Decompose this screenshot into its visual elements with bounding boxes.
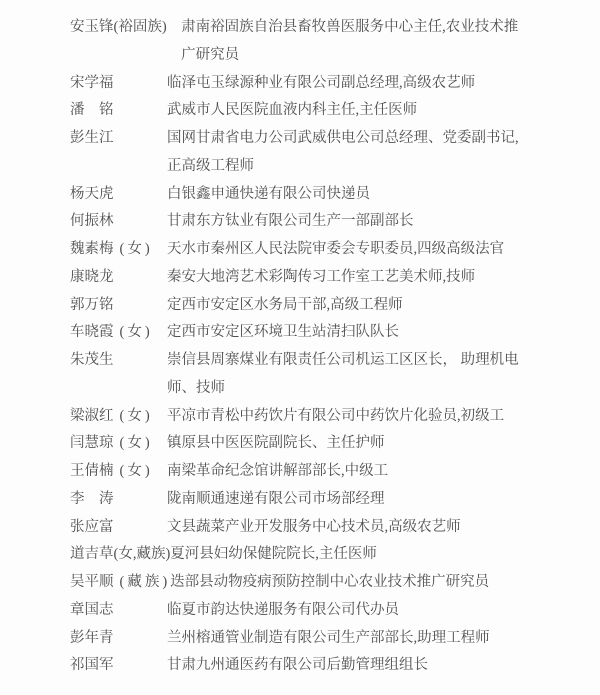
person-name: 魏素梅 [70,241,114,257]
person-name: 彭年青 [70,630,114,646]
person-title: 陇南顺通速递有限公司市场部经理 [167,486,529,514]
name-cell: 彭年青 [70,625,167,653]
person-gender-ethnic-marker: (女) [120,435,153,451]
person-name: 潘 铭 [70,102,114,118]
person-gender-ethnic-marker: (藏族) [120,574,171,590]
name-cell: 道吉草(女,藏族) [70,541,170,569]
person-name: 章国志 [70,602,114,618]
honoree-row: 闫慧琼(女) 镇原县中医医院副院长、主任护师 [70,430,529,458]
person-title: 南梁革命纪念馆讲解部部长,中级工 [167,458,529,486]
honoree-row: 道吉草(女,藏族) 夏河县妇幼保健院院长,主任医师 [70,541,529,569]
person-title: 镇原县中医医院副院长、主任护师 [167,430,529,458]
honoree-row: 潘 铭 武威市人民医院血液内科主任,主任医师 [70,97,529,125]
honoree-row: 彭生江 国网甘肃省电力公司武威供电公司总经理、党委副书记,正高级工程师 [70,125,529,181]
person-title: 兰州榕通管业制造有限公司生产部部长,助理工程师 [167,625,529,653]
person-title: 天水市秦州区人民法院审委会专职委员,四级高级法官 [167,236,529,264]
person-gender-ethnic-marker: (女) [120,463,153,479]
person-title: 甘肃九州通医药有限公司后勤管理组组长 [167,652,529,680]
person-title: 白银鑫申通快递有限公司快递员 [167,181,529,209]
person-title: 武威市人民医院血液内科主任,主任医师 [167,97,529,125]
name-cell: 梁淑红(女) [70,403,167,431]
person-title: 临泽屯玉绿源种业有限公司副总经理,高级农艺师 [167,70,529,98]
name-cell: 康晓龙 [70,264,167,292]
person-gender-ethnic-marker: (女) [120,241,153,257]
name-cell: 祁国军 [70,652,167,680]
person-name: 梁淑红 [70,408,114,424]
person-name: 彭生江 [70,130,114,146]
person-title: 定西市安定区水务局干部,高级工程师 [167,292,529,320]
honoree-row: 何振林 甘肃东方钛业有限公司生产一部副部长 [70,208,529,236]
person-name: 李 涛 [70,491,114,507]
person-title: 文县蔬菜产业开发服务中心技术员,高级农艺师 [167,514,529,542]
person-title: 临夏市韵达快递服务有限公司代办员 [167,597,529,625]
name-cell: 宋学福 [70,70,167,98]
honoree-row: 魏素梅(女) 天水市秦州区人民法院审委会专职委员,四级高级法官 [70,236,529,264]
honoree-row: 朱茂生 崇信县周寨煤业有限责任公司机运工区区长， 助理机电师、技师 [70,347,529,403]
name-cell: 吴平顺(藏族) [70,569,170,597]
person-title: 国网甘肃省电力公司武威供电公司总经理、党委副书记,正高级工程师 [167,125,529,181]
honoree-row: 宋学福 临泽屯玉绿源种业有限公司副总经理,高级农艺师 [70,70,529,98]
person-title: 定西市安定区环境卫生站清扫队队长 [167,319,529,347]
person-title: 秦安大地湾艺术彩陶传习工作室工艺美术师,技师 [167,264,529,292]
honoree-row: 李 涛 陇南顺通速递有限公司市场部经理 [70,486,529,514]
honoree-row: 彭年青 兰州榕通管业制造有限公司生产部部长,助理工程师 [70,625,529,653]
name-cell: 何振林 [70,208,167,236]
person-name: 朱茂生 [70,352,114,368]
person-name: 道吉草(女,藏族) [70,546,170,562]
honoree-row: 郭万铭 定西市安定区水务局干部,高级工程师 [70,292,529,320]
name-cell: 李 涛 [70,486,167,514]
person-title: 肃南裕固族自治县畜牧兽医服务中心主任,农业技术推广研究员 [181,14,529,70]
name-cell: 张应富 [70,514,167,542]
name-cell: 彭生江 [70,125,167,153]
name-cell: 闫慧琼(女) [70,430,167,458]
person-title: 夏河县妇幼保健院院长,主任医师 [170,541,529,569]
person-gender-ethnic-marker: (女) [120,408,153,424]
honoree-row: 车晓霞(女) 定西市安定区环境卫生站清扫队队长 [70,319,529,347]
person-name: 安玉锋(裕固族) [70,19,181,35]
name-cell: 杨天虎 [70,181,167,209]
name-cell: 朱茂生 [70,347,167,375]
person-title: 甘肃东方钛业有限公司生产一部副部长 [167,208,529,236]
name-cell: 郭万铭 [70,292,167,320]
name-cell: 车晓霞(女) [70,319,167,347]
person-name: 郭万铭 [70,297,114,313]
person-name: 吴平顺 [70,574,114,590]
person-title: 崇信县周寨煤业有限责任公司机运工区区长， 助理机电师、技师 [167,347,529,403]
honoree-row: 祁国军 甘肃九州通医药有限公司后勤管理组组长 [70,652,529,680]
person-title: 迭部县动物疫病预防控制中心农业技术推广研究员 [170,569,529,597]
honoree-list: 安玉锋(裕固族) 肃南裕固族自治县畜牧兽医服务中心主任,农业技术推广研究员 宋学… [70,14,529,680]
honoree-row: 梁淑红(女) 平凉市青松中药饮片有限公司中药饮片化验员,初级工 [70,403,529,431]
name-cell: 王倩楠(女) [70,458,167,486]
honoree-row: 杨天虎 白银鑫申通快递有限公司快递员 [70,181,529,209]
person-name: 宋学福 [70,75,114,91]
person-name: 张应富 [70,519,114,535]
honoree-row: 王倩楠(女) 南梁革命纪念馆讲解部部长,中级工 [70,458,529,486]
name-cell: 魏素梅(女) [70,236,167,264]
honoree-row: 章国志 临夏市韵达快递服务有限公司代办员 [70,597,529,625]
person-name: 何振林 [70,213,114,229]
document-page: 安玉锋(裕固族) 肃南裕固族自治县畜牧兽医服务中心主任,农业技术推广研究员 宋学… [0,0,600,695]
person-name: 车晓霞 [70,324,114,340]
person-name: 祁国军 [70,657,114,673]
person-name: 杨天虎 [70,186,114,202]
person-gender-ethnic-marker: (女) [120,324,153,340]
name-cell: 安玉锋(裕固族) [70,14,181,42]
honoree-row: 吴平顺(藏族) 迭部县动物疫病预防控制中心农业技术推广研究员 [70,569,529,597]
name-cell: 章国志 [70,597,167,625]
honoree-row: 康晓龙 秦安大地湾艺术彩陶传习工作室工艺美术师,技师 [70,264,529,292]
person-name: 康晓龙 [70,269,114,285]
honoree-row: 安玉锋(裕固族) 肃南裕固族自治县畜牧兽医服务中心主任,农业技术推广研究员 [70,14,529,70]
name-cell: 潘 铭 [70,97,167,125]
person-name: 闫慧琼 [70,435,114,451]
person-name: 王倩楠 [70,463,114,479]
person-title: 平凉市青松中药饮片有限公司中药饮片化验员,初级工 [167,403,529,431]
honoree-row: 张应富 文县蔬菜产业开发服务中心技术员,高级农艺师 [70,514,529,542]
